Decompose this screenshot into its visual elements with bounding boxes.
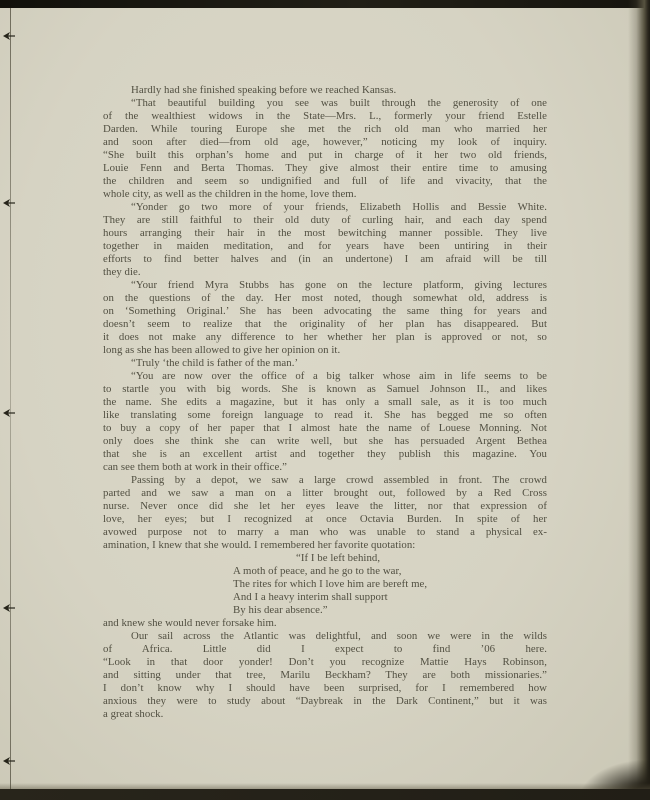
text-line: “Yonder go two more of your friends, Eli…	[103, 201, 547, 214]
text-line: can see them both at work in their offic…	[103, 461, 547, 474]
text-line: “You are now over the office of a big ta…	[103, 370, 547, 383]
text-line: anxious they were to study about “Daybre…	[103, 695, 547, 708]
text-line: “She built this orphan’s home and put in…	[103, 149, 547, 162]
text-line: whole city, as well as the children in t…	[103, 188, 547, 201]
text-line: and sitting under that tree, Marilu Beck…	[103, 669, 547, 682]
page-right-edge	[628, 0, 650, 800]
text-line: on the questions of the day. Her most no…	[103, 292, 547, 305]
text-line: that she is an excellent artist and toge…	[103, 448, 547, 461]
text-line: I don’t know why I should have been surp…	[103, 682, 547, 695]
page-text: Hardly had she finished speaking before …	[103, 84, 547, 721]
text-line: “Your friend Myra Stubbs has gone on the…	[103, 279, 547, 292]
poem-line: The rites for which I love him are beref…	[103, 578, 547, 591]
text-line: the name. She edits a magazine, but it h…	[103, 396, 547, 409]
poem-line: And I a heavy interim shall support	[103, 591, 547, 604]
text-line: Darden. While touring Europe she met the…	[103, 123, 547, 136]
text-line: “That beautiful building you see was bui…	[103, 97, 547, 110]
text-line: parted and we saw a man on a litter brou…	[103, 487, 547, 500]
page-bottom-edge	[0, 789, 650, 800]
binding-mark	[3, 600, 15, 610]
text-line: of the wealthiest widows in the State—Mr…	[103, 110, 547, 123]
text-line: of Africa. Little did I expect to find ’…	[103, 643, 547, 656]
text-line: Hardly had she finished speaking before …	[103, 84, 547, 97]
text-line: They are still faithful to their old dut…	[103, 214, 547, 227]
text-line: together in maiden meditation, and for y…	[103, 240, 547, 253]
poem-line: “If I be left behind,	[103, 552, 547, 565]
text-line: “Truly ‘the child is father of the man.’	[103, 357, 547, 370]
binding-mark	[3, 28, 15, 38]
page-top-edge	[0, 0, 650, 8]
text-line: doesn’t seem to realize that the origina…	[103, 318, 547, 331]
text-line: amination, I knew that she would. I reme…	[103, 539, 547, 552]
text-line: it does not make any difference to her w…	[103, 331, 547, 344]
binding-mark	[3, 405, 15, 415]
page-gutter-line	[10, 8, 11, 789]
text-line: efforts to find better halves and (in an…	[103, 253, 547, 266]
text-line: to buy a copy of her paper that I almost…	[103, 422, 547, 435]
text-line: and soon after died—from old age, howeve…	[103, 136, 547, 149]
text-line: nurse. Never once did she let her eyes l…	[103, 500, 547, 513]
binding-mark	[3, 753, 15, 763]
text-line: hours arranging their hair in the most b…	[103, 227, 547, 240]
text-line: Our sail across the Atlantic was delight…	[103, 630, 547, 643]
text-line: they die.	[103, 266, 547, 279]
text-line: and knew she would never forsake him.	[103, 617, 547, 630]
text-line: long as she has been allowed to give her…	[103, 344, 547, 357]
book-page-scan: Hardly had she finished speaking before …	[0, 0, 650, 800]
text-line: love, her eyes; but I recognized at once…	[103, 513, 547, 526]
text-line: the children and seem so undignified and…	[103, 175, 547, 188]
binding-mark	[3, 195, 15, 205]
text-line: avowed purpose not to marry a man who wa…	[103, 526, 547, 539]
text-line: only does she think she can write well, …	[103, 435, 547, 448]
text-line: Passing by a depot, we saw a large crowd…	[103, 474, 547, 487]
text-line: like translating some foreign language t…	[103, 409, 547, 422]
text-line: Louie Fenn and Berta Thomas. They give a…	[103, 162, 547, 175]
text-line: on ‘Something Original.’ She has been ad…	[103, 305, 547, 318]
text-line: “Look in that door yonder! Don’t you rec…	[103, 656, 547, 669]
text-line: to startle you with big words. She is kn…	[103, 383, 547, 396]
poem-line: By his dear absence.”	[103, 604, 547, 617]
poem-line: A moth of peace, and he go to the war,	[103, 565, 547, 578]
text-line: a great shock.	[103, 708, 547, 721]
